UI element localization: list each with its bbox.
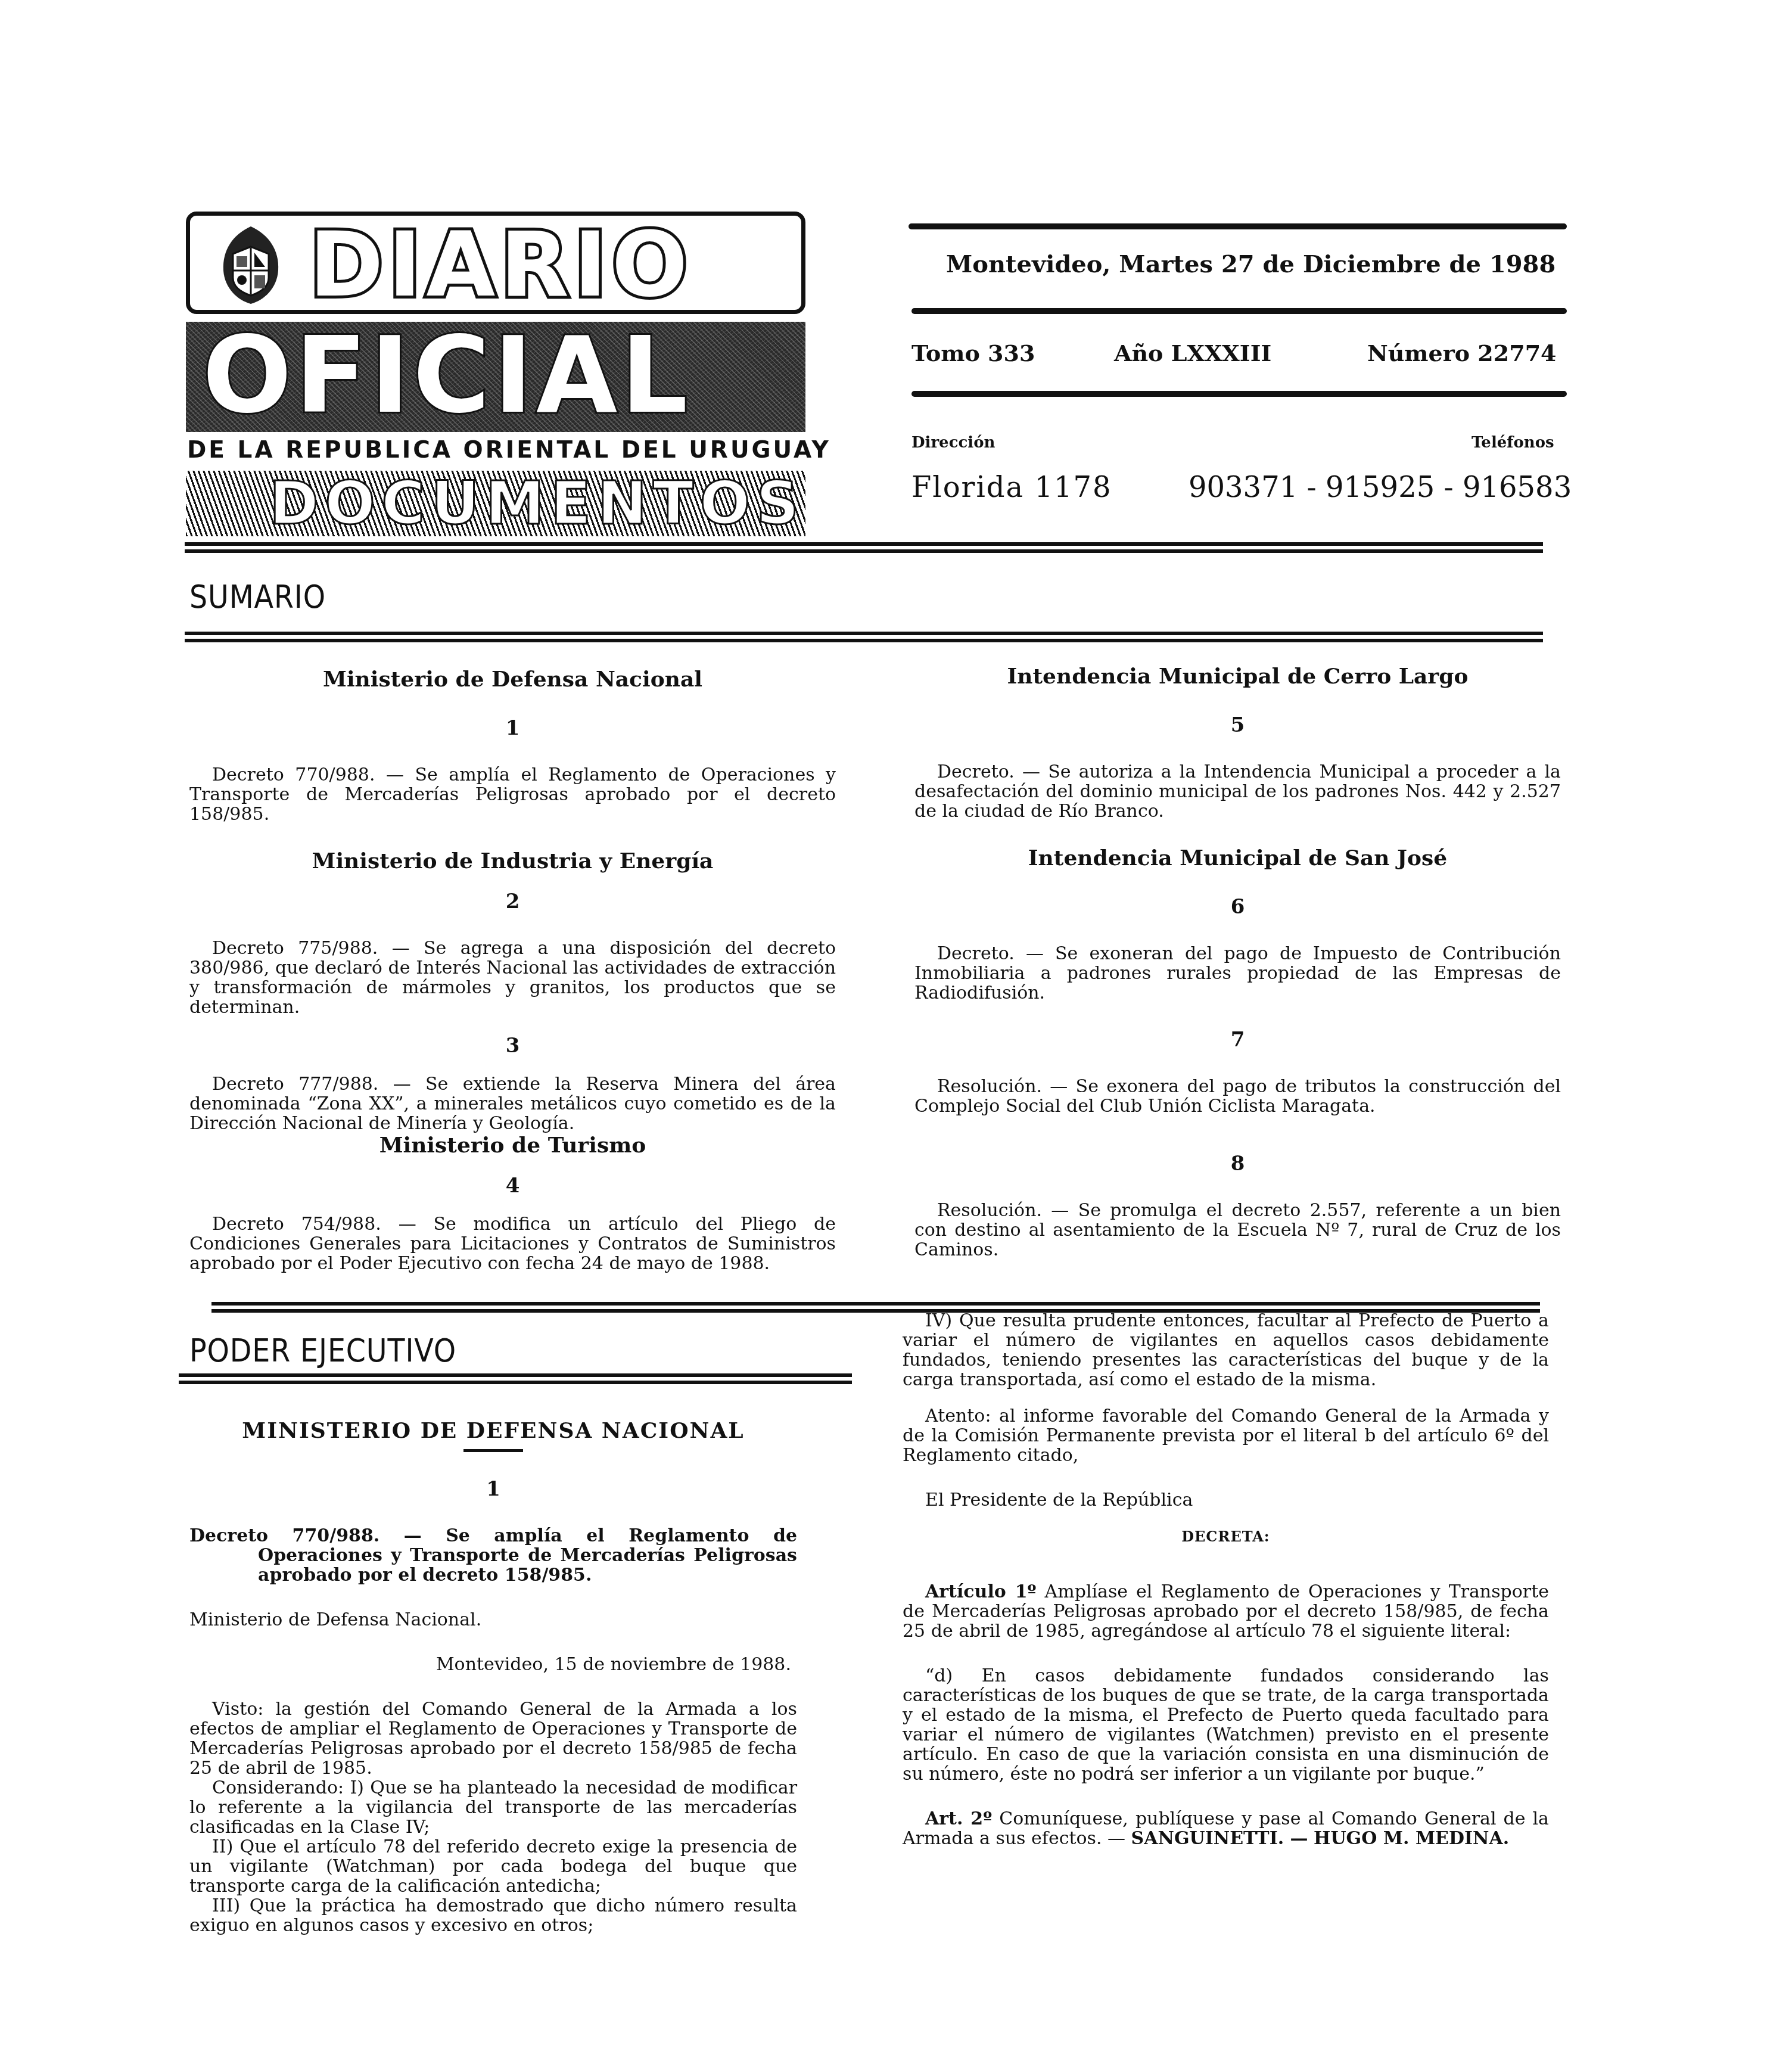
poder-ejecutivo-title: PODER EJECUTIVO xyxy=(189,1332,456,1369)
entry-number: 7 xyxy=(914,1028,1561,1052)
issue-number: Número 22774 xyxy=(1367,340,1557,366)
issue-tomo: Tomo 333 xyxy=(911,340,1035,366)
signature-minister: HUGO M. MEDINA. xyxy=(1314,1828,1509,1849)
ministry-heading: MINISTERIO DE DEFENSA NACIONAL xyxy=(189,1421,797,1441)
section-rule xyxy=(185,632,1543,642)
sumario-left-column: Ministerio de Defensa Nacional 1 Decreto… xyxy=(189,667,836,1273)
decree-number: 1 xyxy=(189,1477,797,1501)
sumario-entry-text[interactable]: Decreto 775/988. — Se agrega a una dispo… xyxy=(189,938,836,1017)
entry-number: 8 xyxy=(914,1152,1561,1176)
decree-place-date: Montevideo, 15 de noviembre de 1988. xyxy=(189,1655,797,1674)
masthead-section-label: DOCUMENTOS xyxy=(269,474,805,533)
decree-considerando: III) Que la práctica ha demostrado que d… xyxy=(189,1896,797,1935)
entry-number: 1 xyxy=(189,716,836,740)
sumario-entry-text[interactable]: Decreto. — Se exoneran del pago de Impue… xyxy=(914,944,1561,1003)
address-label: Dirección xyxy=(911,434,995,452)
entry-number: 5 xyxy=(914,713,1561,737)
ministry-heading: Ministerio de Industria y Energía xyxy=(189,849,836,873)
decree-considerando: II) Que el artículo 78 del referido decr… xyxy=(189,1837,797,1896)
decree-considerando: IV) Que resulta prudente entonces, facul… xyxy=(903,1311,1549,1390)
decree-atento: Atento: al informe favorable del Comando… xyxy=(903,1406,1549,1465)
entry-number: 2 xyxy=(189,890,836,913)
masthead-subtitle: DE LA REPUBLICA ORIENTAL DEL URUGUAY xyxy=(187,437,807,464)
decree-literal-d: “d) En casos debidamente fundados consid… xyxy=(903,1666,1549,1784)
signature-president: SANGUINETTI. — xyxy=(1131,1828,1308,1849)
issue-date: Montevideo, Martes 27 de Diciembre de 19… xyxy=(946,250,1555,278)
sumario-entry-text[interactable]: Resolución. — Se exonera del pago de tri… xyxy=(914,1077,1561,1116)
header-rule xyxy=(909,223,1567,229)
entry-number: 4 xyxy=(189,1174,836,1198)
decree-presidente: El Presidente de la República xyxy=(903,1490,1549,1510)
sumario-entry-text[interactable]: Decreto 770/988. — Se amplía el Reglamen… xyxy=(189,765,836,824)
decree-article-1: Artículo 1º Amplíase el Reglamento de Op… xyxy=(903,1582,1549,1641)
article-1-label: Artículo 1º xyxy=(925,1581,1037,1602)
entry-number: 6 xyxy=(914,895,1561,919)
sumario-entry-text[interactable]: Decreto 777/988. — Se extiende la Reserv… xyxy=(189,1074,836,1133)
sumario-entry-text[interactable]: Resolución. — Se promulga el decreto 2.5… xyxy=(914,1201,1561,1260)
address-value: Florida 1178 xyxy=(911,471,1112,504)
coat-of-arms-icon xyxy=(215,223,287,306)
entry-number: 3 xyxy=(189,1034,836,1058)
issue-year: Año LXXXIII xyxy=(1114,340,1271,366)
phones-value: 903371 - 915925 - 916583 xyxy=(1189,471,1572,504)
section-rule xyxy=(185,542,1543,553)
masthead-title-diario: DIARIO xyxy=(309,220,692,310)
ministry-heading: Intendencia Municipal de Cerro Largo xyxy=(914,664,1561,688)
sumario-right-column: Intendencia Municipal de Cerro Largo 5 D… xyxy=(914,664,1561,1260)
ministry-heading: Ministerio de Turismo xyxy=(189,1133,836,1157)
decree-decreta: DECRETA: xyxy=(903,1527,1549,1546)
decree-article-2: Art. 2º Comuníquese, publíquese y pase a… xyxy=(903,1809,1549,1848)
sumario-title: SUMARIO xyxy=(189,578,326,616)
sumario-entry-text[interactable]: Decreto. — Se autoriza a la Intendencia … xyxy=(914,762,1561,821)
masthead-title-box: DIARIO xyxy=(186,212,805,314)
masthead-title-oficial: OFICIAL xyxy=(203,324,691,428)
ministry-heading: Ministerio de Defensa Nacional xyxy=(189,667,836,691)
decree-considerando: Considerando: I) Que se ha planteado la … xyxy=(189,1778,797,1837)
section-rule xyxy=(179,1373,852,1384)
decree-right-column: IV) Que resulta prudente entonces, facul… xyxy=(903,1311,1549,1848)
sumario-entry-text[interactable]: Decreto 754/988. — Se modifica un artícu… xyxy=(189,1214,836,1273)
decree-left-column: MINISTERIO DE DEFENSA NACIONAL 1 Decreto… xyxy=(189,1421,797,1935)
article-2-label: Art. 2º xyxy=(925,1808,992,1829)
phones-label: Teléfonos xyxy=(1471,434,1554,452)
decree-issuer: Ministerio de Defensa Nacional. xyxy=(189,1610,797,1630)
ministry-heading: Intendencia Municipal de San José xyxy=(914,846,1561,870)
header-rule xyxy=(911,308,1567,314)
decree-summary: Decreto 770/988. — Se amplía el Reglamen… xyxy=(189,1526,797,1585)
header-rule xyxy=(911,391,1567,397)
decree-visto: Visto: la gestión del Comando General de… xyxy=(189,1699,797,1778)
